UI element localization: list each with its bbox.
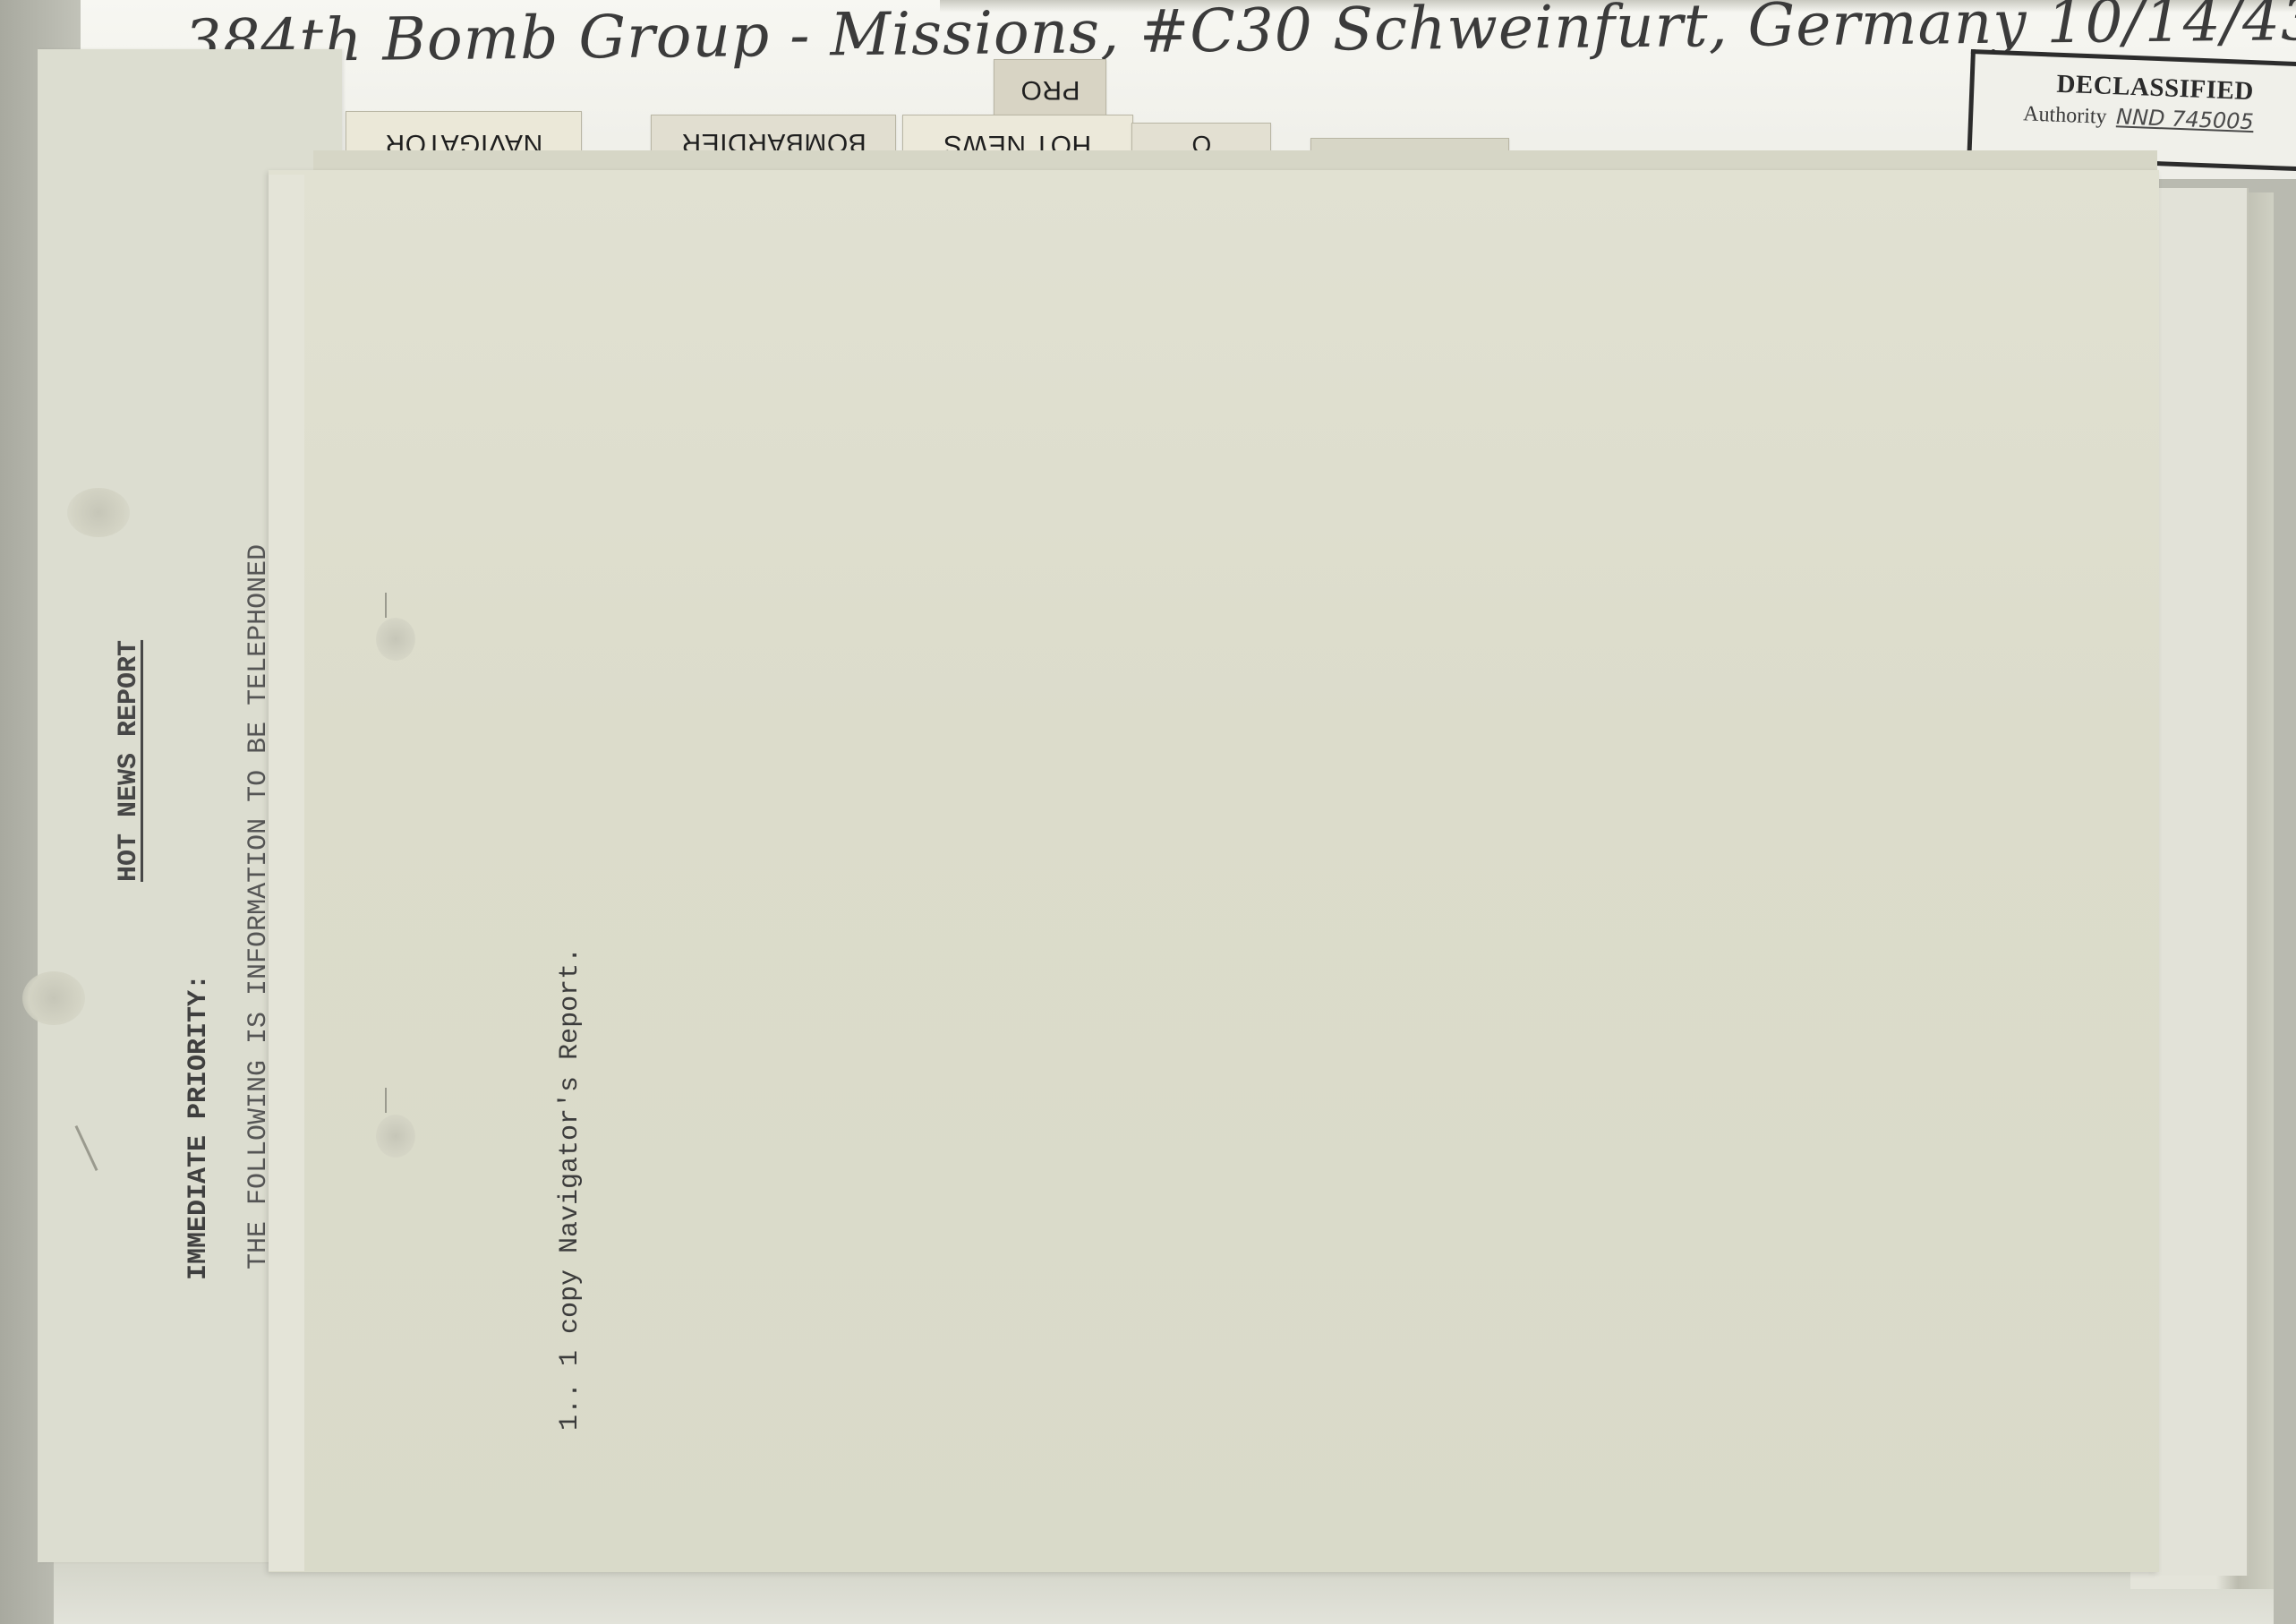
tab-pro-label: PRO bbox=[1020, 74, 1080, 105]
page-left-edge bbox=[269, 175, 304, 1571]
handwritten-folder-title: 384th Bomb Group - Missions, #C30 Schwei… bbox=[184, 0, 1796, 124]
staple-hole bbox=[376, 618, 415, 661]
authority-label: Authority bbox=[2023, 102, 2107, 130]
folder-page-right-edge bbox=[2148, 188, 2249, 1576]
stain-mark bbox=[67, 488, 130, 537]
tab-pro[interactable]: PRO bbox=[994, 59, 1106, 120]
authority-value: NND 745005 bbox=[2116, 104, 2255, 134]
immediate-priority-text: IMMEDIATE PRIORITY: bbox=[184, 974, 214, 1280]
staple-mark bbox=[385, 1088, 387, 1113]
hot-news-report-heading: HOT NEWS REPORT bbox=[114, 640, 144, 882]
navigator-report-cover-page bbox=[269, 170, 2159, 1572]
declassified-title: DECLASSIFIED bbox=[2056, 70, 2254, 107]
staple-hole bbox=[376, 1115, 415, 1158]
stain-mark bbox=[22, 971, 85, 1025]
navigator-report-item: 1.. 1 copy Navigator's Report. bbox=[555, 947, 585, 1431]
staple-mark bbox=[385, 593, 387, 618]
